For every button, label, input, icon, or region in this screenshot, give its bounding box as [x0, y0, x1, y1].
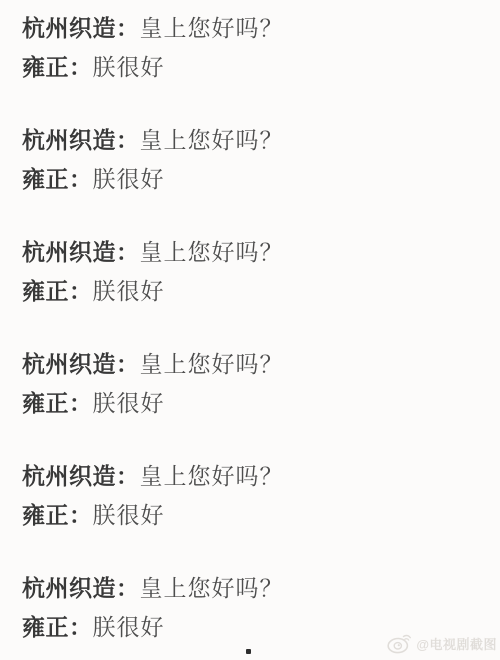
- dialog-line-question: 杭州织造：皇上您好吗？: [22, 345, 500, 384]
- dialog-list: 杭州织造：皇上您好吗？ 雍正：朕很好 杭州织造：皇上您好吗？ 雍正：朕很好 杭州…: [0, 0, 500, 647]
- message-text: 朕很好: [93, 390, 165, 416]
- speaker-name: 杭州织造：: [22, 15, 140, 41]
- message-text: 皇上您好吗？: [140, 351, 284, 377]
- message-text: 朕很好: [93, 54, 165, 80]
- message-text: 朕很好: [93, 614, 165, 640]
- message-text: 皇上您好吗？: [140, 15, 284, 41]
- dialog-pair: 杭州织造：皇上您好吗？ 雍正：朕很好: [22, 457, 500, 535]
- watermark: @电视剧截图: [386, 632, 497, 655]
- dialog-line-answer: 雍正：朕很好: [22, 272, 500, 311]
- dialog-line-question: 杭州织造：皇上您好吗？: [22, 233, 500, 272]
- watermark-text: @电视剧截图: [416, 634, 497, 653]
- dialog-line-question: 杭州织造：皇上您好吗？: [22, 9, 500, 48]
- speaker-name: 杭州织造：: [22, 575, 140, 601]
- weibo-logo-icon: [386, 632, 413, 655]
- speaker-name: 杭州织造：: [22, 127, 140, 153]
- stray-dot: [246, 649, 251, 654]
- dialog-line-question: 杭州织造：皇上您好吗？: [22, 457, 500, 496]
- dialog-line-answer: 雍正：朕很好: [22, 160, 500, 199]
- speaker-name: 雍正：: [22, 54, 93, 80]
- message-text: 朕很好: [93, 502, 165, 528]
- dialog-line-answer: 雍正：朕很好: [22, 384, 500, 423]
- dialog-pair: 杭州织造：皇上您好吗？ 雍正：朕很好: [22, 121, 500, 199]
- message-text: 皇上您好吗？: [140, 575, 284, 601]
- dialog-pair: 杭州织造：皇上您好吗？ 雍正：朕很好: [22, 345, 500, 423]
- dialog-pair: 杭州织造：皇上您好吗？ 雍正：朕很好: [22, 9, 500, 87]
- message-text: 朕很好: [93, 166, 165, 192]
- dialog-line-question: 杭州织造：皇上您好吗？: [22, 121, 500, 160]
- speaker-name: 雍正：: [22, 166, 93, 192]
- message-text: 皇上您好吗？: [140, 239, 284, 265]
- dialog-pair: 杭州织造：皇上您好吗？ 雍正：朕很好: [22, 233, 500, 311]
- speaker-name: 雍正：: [22, 502, 93, 528]
- dialog-line-question: 杭州织造：皇上您好吗？: [22, 569, 500, 608]
- speaker-name: 雍正：: [22, 614, 93, 640]
- dialog-line-answer: 雍正：朕很好: [22, 48, 500, 87]
- speaker-name: 杭州织造：: [22, 239, 140, 265]
- message-text: 皇上您好吗？: [140, 463, 284, 489]
- speaker-name: 雍正：: [22, 390, 93, 416]
- speaker-name: 杭州织造：: [22, 351, 140, 377]
- speaker-name: 雍正：: [22, 278, 93, 304]
- dialog-line-answer: 雍正：朕很好: [22, 496, 500, 535]
- message-text: 皇上您好吗？: [140, 127, 284, 153]
- message-text: 朕很好: [93, 278, 165, 304]
- speaker-name: 杭州织造：: [22, 463, 140, 489]
